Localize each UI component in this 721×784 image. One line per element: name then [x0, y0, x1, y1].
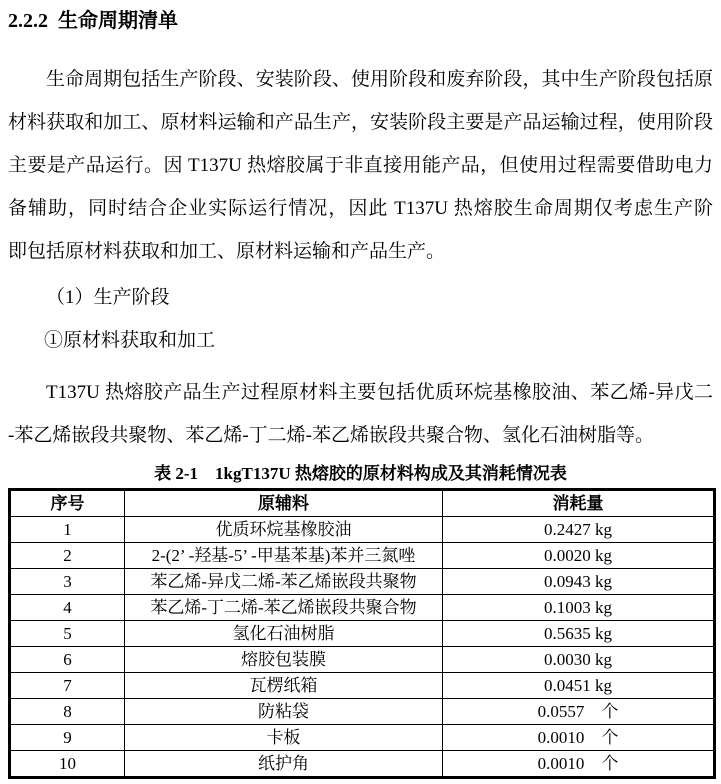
cell-amount: 0.5635 kg [443, 621, 715, 647]
cell-amount: 0.0451 kg [443, 673, 715, 699]
cell-material: 氢化石油树脂 [125, 621, 443, 647]
cell-amount: 0.0030 kg [443, 647, 715, 673]
table-header-row: 序号 原辅料 消耗量 [10, 490, 715, 517]
cell-amount: 0.2427 kg [443, 517, 715, 543]
cell-seq: 7 [10, 673, 125, 699]
cell-seq: 6 [10, 647, 125, 673]
cell-amount: 0.0557 个 [443, 699, 715, 725]
cell-amount: 0.0010 个 [443, 725, 715, 751]
table-row: 9 卡板 0.0010 个 [10, 725, 715, 751]
cell-material: 2-(2’ -羟基-5’ -甲基苯基)苯并三氮唑 [125, 543, 443, 569]
table-row: 3 苯乙烯-异戊二烯-苯乙烯嵌段共聚物 0.0943 kg [10, 569, 715, 595]
cell-material: 优质环烷基橡胶油 [125, 517, 443, 543]
paragraph-lifecycle: 生命周期包括生产阶段、安装阶段、使用阶段和废弃阶段，其中生产阶段包括原 材料获取… [8, 58, 713, 273]
table-row: 7 瓦楞纸箱 0.0451 kg [10, 673, 715, 699]
cell-material: 瓦楞纸箱 [125, 673, 443, 699]
paragraph-line: 生命周期包括生产阶段、安装阶段、使用阶段和废弃阶段，其中生产阶段包括原 [8, 58, 713, 101]
paragraph-line: 材料获取和加工、原材料运输和产品生产，安装阶段主要是产品运输过程，使用阶段 [8, 101, 713, 144]
materials-consumption-table: 序号 原辅料 消耗量 1 优质环烷基橡胶油 0.2427 kg 2 2-(2’ … [8, 488, 716, 779]
table-row: 6 熔胶包装膜 0.0030 kg [10, 647, 715, 673]
paragraph-line: （1）生产阶段 [8, 276, 713, 319]
cell-seq: 3 [10, 569, 125, 595]
paragraph-raw-materials: T137U 热熔胶产品生产过程原材料主要包括优质环烷基橡胶油、苯乙烯-异戊二烯 … [8, 371, 713, 457]
paragraph-line: T137U 热熔胶产品生产过程原材料主要包括优质环烷基橡胶油、苯乙烯-异戊二烯 [8, 371, 713, 414]
cell-seq: 5 [10, 621, 125, 647]
table-caption: 表 2-1 1kgT137U 热熔胶的原材料构成及其消耗情况表 [8, 463, 713, 485]
cell-material: 卡板 [125, 725, 443, 751]
cell-seq: 10 [10, 751, 125, 778]
table-row: 1 优质环烷基橡胶油 0.2427 kg [10, 517, 715, 543]
table-row: 5 氢化石油树脂 0.5635 kg [10, 621, 715, 647]
col-header-material: 原辅料 [125, 490, 443, 517]
cell-material: 苯乙烯-丁二烯-苯乙烯嵌段共聚合物 [125, 595, 443, 621]
table-row: 2 2-(2’ -羟基-5’ -甲基苯基)苯并三氮唑 0.0020 kg [10, 543, 715, 569]
paragraph-line: -苯乙烯嵌段共聚物、苯乙烯-丁二烯-苯乙烯嵌段共聚合物、氢化石油树脂等。 [8, 414, 713, 457]
cell-amount: 0.0010 个 [443, 751, 715, 778]
paragraph-raw-material-step: ①原材料获取和加工 [8, 319, 713, 362]
cell-seq: 8 [10, 699, 125, 725]
paragraph-line: ①原材料获取和加工 [8, 319, 713, 362]
paragraph-line: 备辅助，同时结合企业实际运行情况，因此 T137U 热熔胶生命周期仅考虑生产阶段… [8, 187, 713, 230]
paragraph-line: 即包括原材料获取和加工、原材料运输和产品生产。 [8, 230, 713, 273]
cell-material: 防粘袋 [125, 699, 443, 725]
cell-amount: 0.1003 kg [443, 595, 715, 621]
table-row: 8 防粘袋 0.0557 个 [10, 699, 715, 725]
cell-seq: 2 [10, 543, 125, 569]
cell-material: 纸护角 [125, 751, 443, 778]
table-row: 10 纸护角 0.0010 个 [10, 751, 715, 778]
col-header-amount: 消耗量 [443, 490, 715, 517]
cell-material: 熔胶包装膜 [125, 647, 443, 673]
paragraph-line: 主要是产品运行。因 T137U 热熔胶属于非直接用能产品，但使用过程需要借助电力… [8, 144, 713, 187]
cell-material: 苯乙烯-异戊二烯-苯乙烯嵌段共聚物 [125, 569, 443, 595]
cell-seq: 9 [10, 725, 125, 751]
cell-amount: 0.0020 kg [443, 543, 715, 569]
col-header-seq: 序号 [10, 490, 125, 517]
section-heading: 2.2.2 生命周期清单 [8, 8, 713, 34]
cell-amount: 0.0943 kg [443, 569, 715, 595]
document-page: 2.2.2 生命周期清单 生命周期包括生产阶段、安装阶段、使用阶段和废弃阶段，其… [0, 0, 721, 784]
cell-seq: 4 [10, 595, 125, 621]
cell-seq: 1 [10, 517, 125, 543]
paragraph-production-stage: （1）生产阶段 [8, 276, 713, 319]
table-row: 4 苯乙烯-丁二烯-苯乙烯嵌段共聚合物 0.1003 kg [10, 595, 715, 621]
